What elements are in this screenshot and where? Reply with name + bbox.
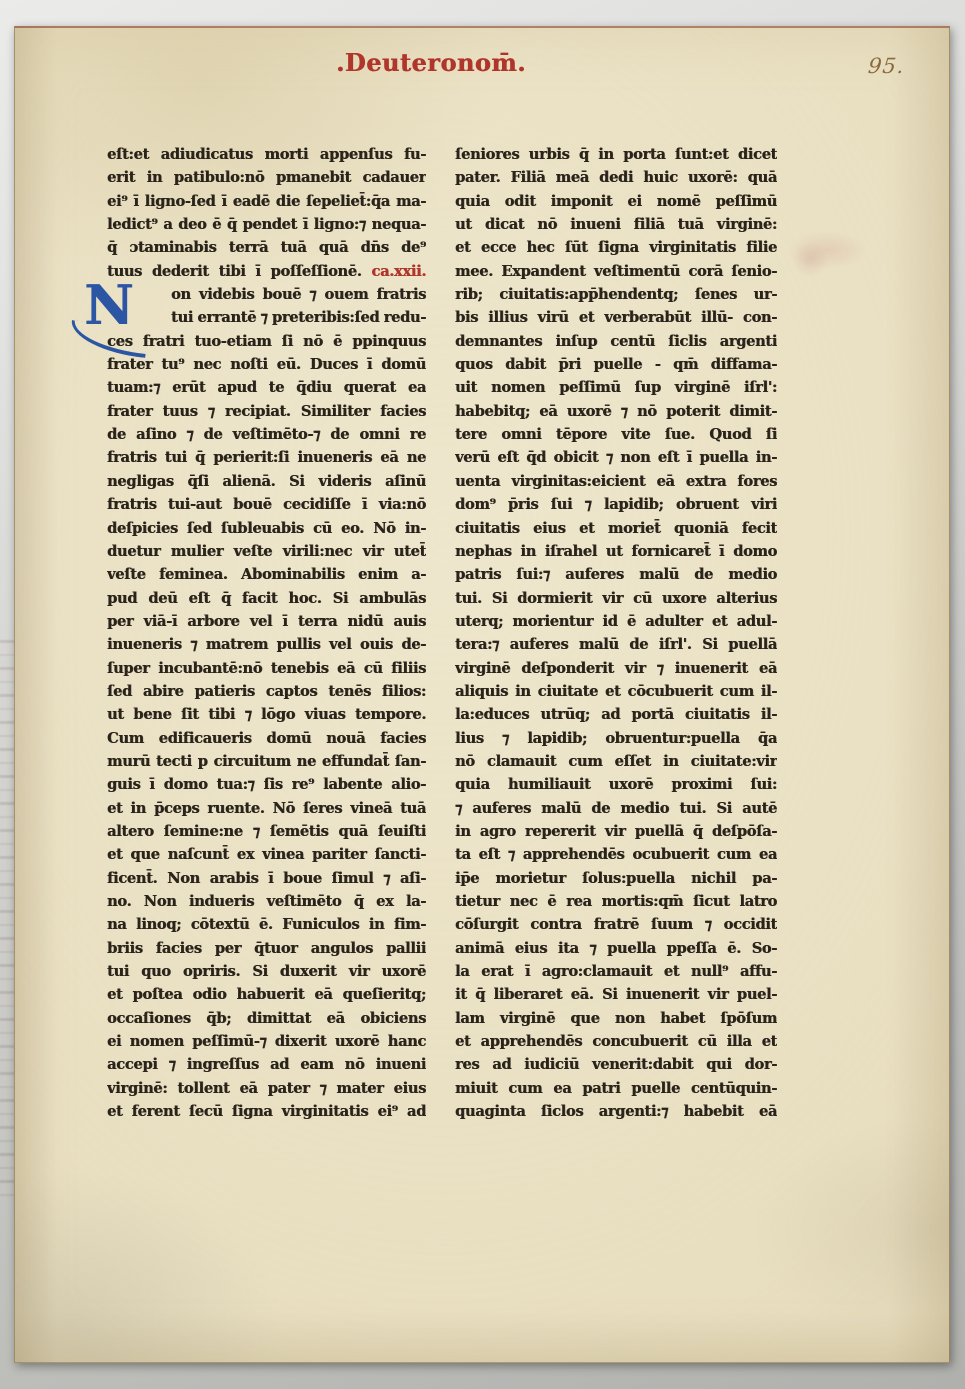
text-line: verū eſt q̄d obicit ⁊ non eſt ī puella i… (455, 446, 777, 469)
text-line: miuit cum ea patri puelle centūquin- (455, 1077, 777, 1100)
text-line: ces fratri tuo-etiam ſi nō ē ppinquus (107, 330, 426, 353)
folio-number: 95. (867, 54, 930, 82)
text-line: murū tecti p circuitum ne effundat̄ ſan- (107, 750, 426, 773)
text-line: quos dabit p̄ri puelle - qm̄ diffama- (455, 353, 777, 376)
text-line: et apprehendēs concubuerit cū illa et (455, 1030, 777, 1053)
text-line: uit nomen peſſimū ſup virginē iſrl': (455, 376, 777, 399)
text-line: dom⁹ p̄ris ſui ⁊ lapidib; obruent viri (455, 493, 777, 516)
text-line: et poſtea odio habuerit eā queſieritq; (107, 983, 426, 1006)
text-line: et que naſcunt̄ ex vinea pariter ſancti- (107, 843, 426, 866)
text-line: pater. Filiā meā dedi huic uxorē: quā (455, 166, 777, 189)
text-line: frater tu⁹ nec noſti eū. Duces ī domū (107, 353, 426, 376)
text-line: Cum edificaueris domū nouā facies (107, 727, 426, 750)
chapter-marker: ca.xxii. (371, 263, 426, 280)
text-line: ut bene ſit tibi ⁊ lōgo viuas tempore. (107, 703, 426, 726)
text-line: cōſurgit contra fratrē ſuum ⁊ occidit (455, 913, 777, 936)
text-line: mee. Expandent veſtimentū corā ſenio- (455, 260, 777, 283)
text-line: et in p̄ceps ruente. Nō ſeres vineā tuā (107, 797, 426, 820)
text-line: q̄ ɔtaminabis terrā tuā quā dn̄s de⁹ (107, 236, 426, 259)
text-line: et ferent ſecū ſigna virginitatis ei⁹ ad (107, 1100, 426, 1123)
text-line: et ecce hec ſūt ſigna virginitatis filie (455, 236, 777, 259)
text-line: virginē deſponderit vir ⁊ inuenerit eā (455, 657, 777, 680)
text-line: pud deū eſt q̄ facit hoc. Si ambulās (107, 587, 426, 610)
text-line: it q̄ liberaret eā. Si inuenerit vir pue… (455, 983, 777, 1006)
text-line: aliquis in ciuitate et cōcubuerit cum il… (455, 680, 777, 703)
text-line: tui errantē ⁊ preteribis:ſed redu- (107, 306, 426, 329)
text-line: guis ī domo tua:⁊ ſis re⁹ labente alio- (107, 773, 426, 796)
text-line: ⁊ auferes malū de medio tui. Si autē (455, 797, 777, 820)
text-line: quaginta ſiclos argenti:⁊ habebit eā (455, 1100, 777, 1123)
text-line: on videbis bouē ⁊ ouem fratris (107, 283, 426, 306)
text-line: negligas q̄ſi alienā. Si videris aſinū (107, 470, 426, 493)
text-line: ſed abire patieris captos tenēs filios: (107, 680, 426, 703)
text-line: habebitq; eā uxorē ⁊ nō poterit dimit- (455, 400, 777, 423)
text-line: la:educes utrūq; ad portā ciuitatis il- (455, 703, 777, 726)
text-line: in agro repererit vir puellā q̄ deſpōſa- (455, 820, 777, 843)
text-line: la erat ī agro:clamauit et null⁹ affu- (455, 960, 777, 983)
text-line: altero ſemine:ne ⁊ ſemētis quā ſeuiſti (107, 820, 426, 843)
text-line: fratris tui q̄ perierit:ſi inueneris eā … (107, 446, 426, 469)
text-line: eſt:et adiudicatus morti appenſus fu- (107, 143, 426, 166)
running-header: .Deuteronom̄. (331, 48, 531, 78)
text-line: uenta virginitas:eicient eā extra fores (455, 470, 777, 493)
text-line: ficent̄. Non arabis ī boue ſimul ⁊ aſi- (107, 867, 426, 890)
text-line: erit in patibulo:nō pmanebit cadauer (107, 166, 426, 189)
text-line: nō clamauit cum eſſet in ciuitate:vir (455, 750, 777, 773)
text-line: demnantes inſup centū ſiclis argenti (455, 330, 777, 353)
text-column-right: ſeniores urbis q̄ in porta ſunt:et dicet… (455, 143, 777, 1123)
text-line: ut dicat nō inueni filiā tuā virginē: (455, 213, 777, 236)
text-line: nephas in iſrahel ut fornicaret̄ ī domo (455, 540, 777, 563)
text-line: lius ⁊ lapidib; obruentur:puella q̄a (455, 727, 777, 750)
text-line: ſeniores urbis q̄ in porta ſunt:et dicet (455, 143, 777, 166)
text-line: tuus dederit tibi ī poſſeſſionē. ca.xxii… (107, 260, 426, 283)
text-line: tui quo opriris. Si duxerit vir uxorē (107, 960, 426, 983)
text-line: de aſino ⁊ de veſtimēto-⁊ de omni re (107, 423, 426, 446)
text-line: tietur nec ē rea mortis:qm̄ ſicut latro (455, 890, 777, 913)
text-line: uterq; morientur id ē adulter et adul- (455, 610, 777, 633)
text-line: quia odit imponit ei nomē peſſimū (455, 190, 777, 213)
text-line: tuam:⁊ erūt apud te q̄diu querat ea (107, 376, 426, 399)
text-line: patris ſui:⁊ auferes malū de medio (455, 563, 777, 586)
text-line: deſpicies ſed ſubleuabis cū eo. Nō in- (107, 517, 426, 540)
text-line: bis illius virū et verberabūt illū- con- (455, 306, 777, 329)
text-line: tera:⁊ auferes malū de iſrl'. Si puellā (455, 633, 777, 656)
text-line: ledict⁹ a deo ē q̄ pendet ī ligno:⁊ nequ… (107, 213, 426, 236)
text-line: res ad iudiciū venerit:dabit qui dor- (455, 1053, 777, 1076)
text-line: briis facies per q̄tuor angulos pallii (107, 937, 426, 960)
text-line: accepi ⁊ ingreſſus ad eam nō inueni (107, 1053, 426, 1076)
text-line: ta eſt ⁊ apprehendēs ocubuerit cum ea (455, 843, 777, 866)
text-line: occaſiones q̄b; dimittat eā obiciens (107, 1007, 426, 1030)
text-line: rib; ciuitatis:app̄hendentq; ſenes ur- (455, 283, 777, 306)
text-line: virginē: tollent eā pater ⁊ mater eius (107, 1077, 426, 1100)
scanned-page: .Deuteronom̄. 95. N eſt:et adiudicatus m… (0, 0, 965, 1389)
text-line: veſte feminea. Abominabilis enim a- (107, 563, 426, 586)
text-line: ip̄e morietur ſolus:puella nichil pa- (455, 867, 777, 890)
text-line: ciuitatis eius et moriet̄ quoniā fecit (455, 517, 777, 540)
text-line: per viā-ī arbore vel ī terra nidū auis (107, 610, 426, 633)
text-line: ei⁹ ī ligno-ſed ī eadē die ſepeliet̄:q̄a… (107, 190, 426, 213)
text-line: inueneris ⁊ matrem pullis vel ouis de- (107, 633, 426, 656)
text-line: frater tuus ⁊ recipiat. Similiter facies (107, 400, 426, 423)
text-line: no. Non indueris veſtimēto q̄ ex la- (107, 890, 426, 913)
text-line: duetur mulier veſte virili:nec vir utet̄ (107, 540, 426, 563)
text-column-left: eſt:et adiudicatus morti appenſus fu-eri… (107, 143, 426, 1123)
text-line: ei nomen peſſimū-⁊ dixerit uxorē hanc (107, 1030, 426, 1053)
text-line: lam virginē que non habet ſpōſum (455, 1007, 777, 1030)
text-line: tui. Si dormierit vir cū uxore alterius (455, 587, 777, 610)
text-line: fratris tui-aut bouē cecidiſſe ī via:nō (107, 493, 426, 516)
text-line: animā eius ita ⁊ puella ppeſſa ē. So- (455, 937, 777, 960)
text-line: tere omni tēpore vite ſue. Quod ſi (455, 423, 777, 446)
text-line: ſuper incubantē:nō tenebis eā cū filiis (107, 657, 426, 680)
text-line: na linoq; cōtextū ē. Funiculos in fim- (107, 913, 426, 936)
text-line: quia humiliauit uxorē proximi ſui: (455, 773, 777, 796)
